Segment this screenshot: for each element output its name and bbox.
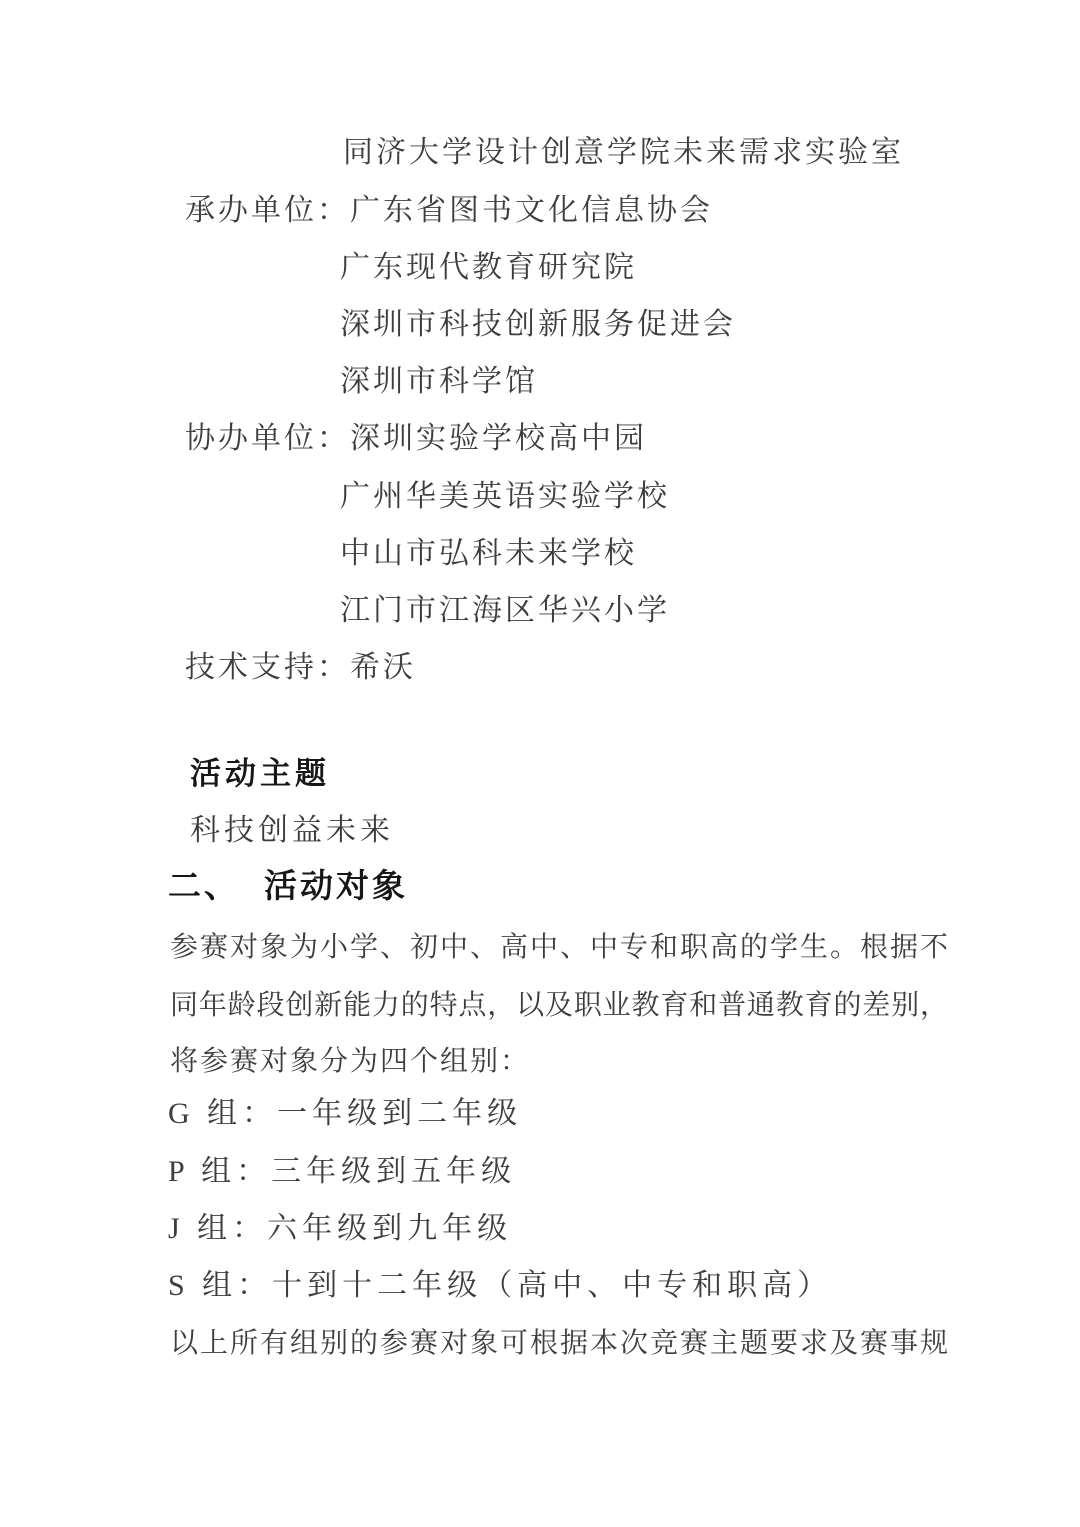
group-item-j: J 组：六年级到九年级 [168, 1209, 512, 1249]
audience-paragraph-line-2: 同年龄段创新能力的特点，以及职业教育和普通教育的差别， [170, 986, 948, 1028]
section-2-title: 活动对象 [264, 867, 408, 904]
undertaker-item-3: 深圳市科技创新服务促进会 [340, 305, 736, 345]
group-item-g: G 组：一年级到二年级 [168, 1094, 522, 1134]
undertaker-item-4: 深圳市科学馆 [340, 362, 538, 402]
tech-support-label: 技术支持： [185, 651, 350, 684]
undertaker-item-2: 广东现代教育研究院 [340, 248, 637, 288]
closing-line: 以上所有组别的参赛对象可根据本次竞赛主题要求及赛事规 [170, 1324, 948, 1366]
tech-support-line: 技术支持：希沃 [185, 648, 416, 688]
co-organizer-item-3: 中山市弘科未来学校 [340, 534, 637, 574]
co-organizer-item-1: 深圳实验学校高中园 [350, 422, 647, 455]
section-2-heading: 二、活动对象 [168, 866, 408, 906]
section-2-number: 二、 [168, 866, 264, 906]
co-organizer-line: 协办单位：深圳实验学校高中园 [185, 419, 647, 459]
undertaker-label: 承办单位： [185, 194, 350, 227]
group-item-p: P 组：三年级到五年级 [168, 1152, 516, 1192]
audience-paragraph-line-3: 将参赛对象分为四个组别： [170, 1042, 530, 1082]
document-page: 同济大学设计创意学院未来需求实验室 承办单位：广东省图书文化信息协会 广东现代教… [0, 0, 1080, 1527]
co-organizer-item-2: 广州华美英语实验学校 [340, 477, 670, 517]
group-item-s: S 组：十到十二年级（高中、中专和职高） [168, 1266, 832, 1306]
co-organizer-item-4: 江门市江海区华兴小学 [340, 591, 670, 631]
undertaker-item-1: 广东省图书文化信息协会 [350, 194, 713, 227]
tech-support-item: 希沃 [350, 651, 416, 684]
undertaker-line: 承办单位：广东省图书文化信息协会 [185, 191, 713, 231]
theme-heading: 活动主题 [190, 754, 330, 794]
audience-paragraph-line-1: 参赛对象为小学、初中、高中、中专和职高的学生。根据不 [170, 928, 948, 970]
theme-value: 科技创益未来 [190, 811, 394, 851]
host-organizer-continuation: 同济大学设计创意学院未来需求实验室 [343, 133, 904, 173]
co-organizer-label: 协办单位： [185, 422, 350, 455]
